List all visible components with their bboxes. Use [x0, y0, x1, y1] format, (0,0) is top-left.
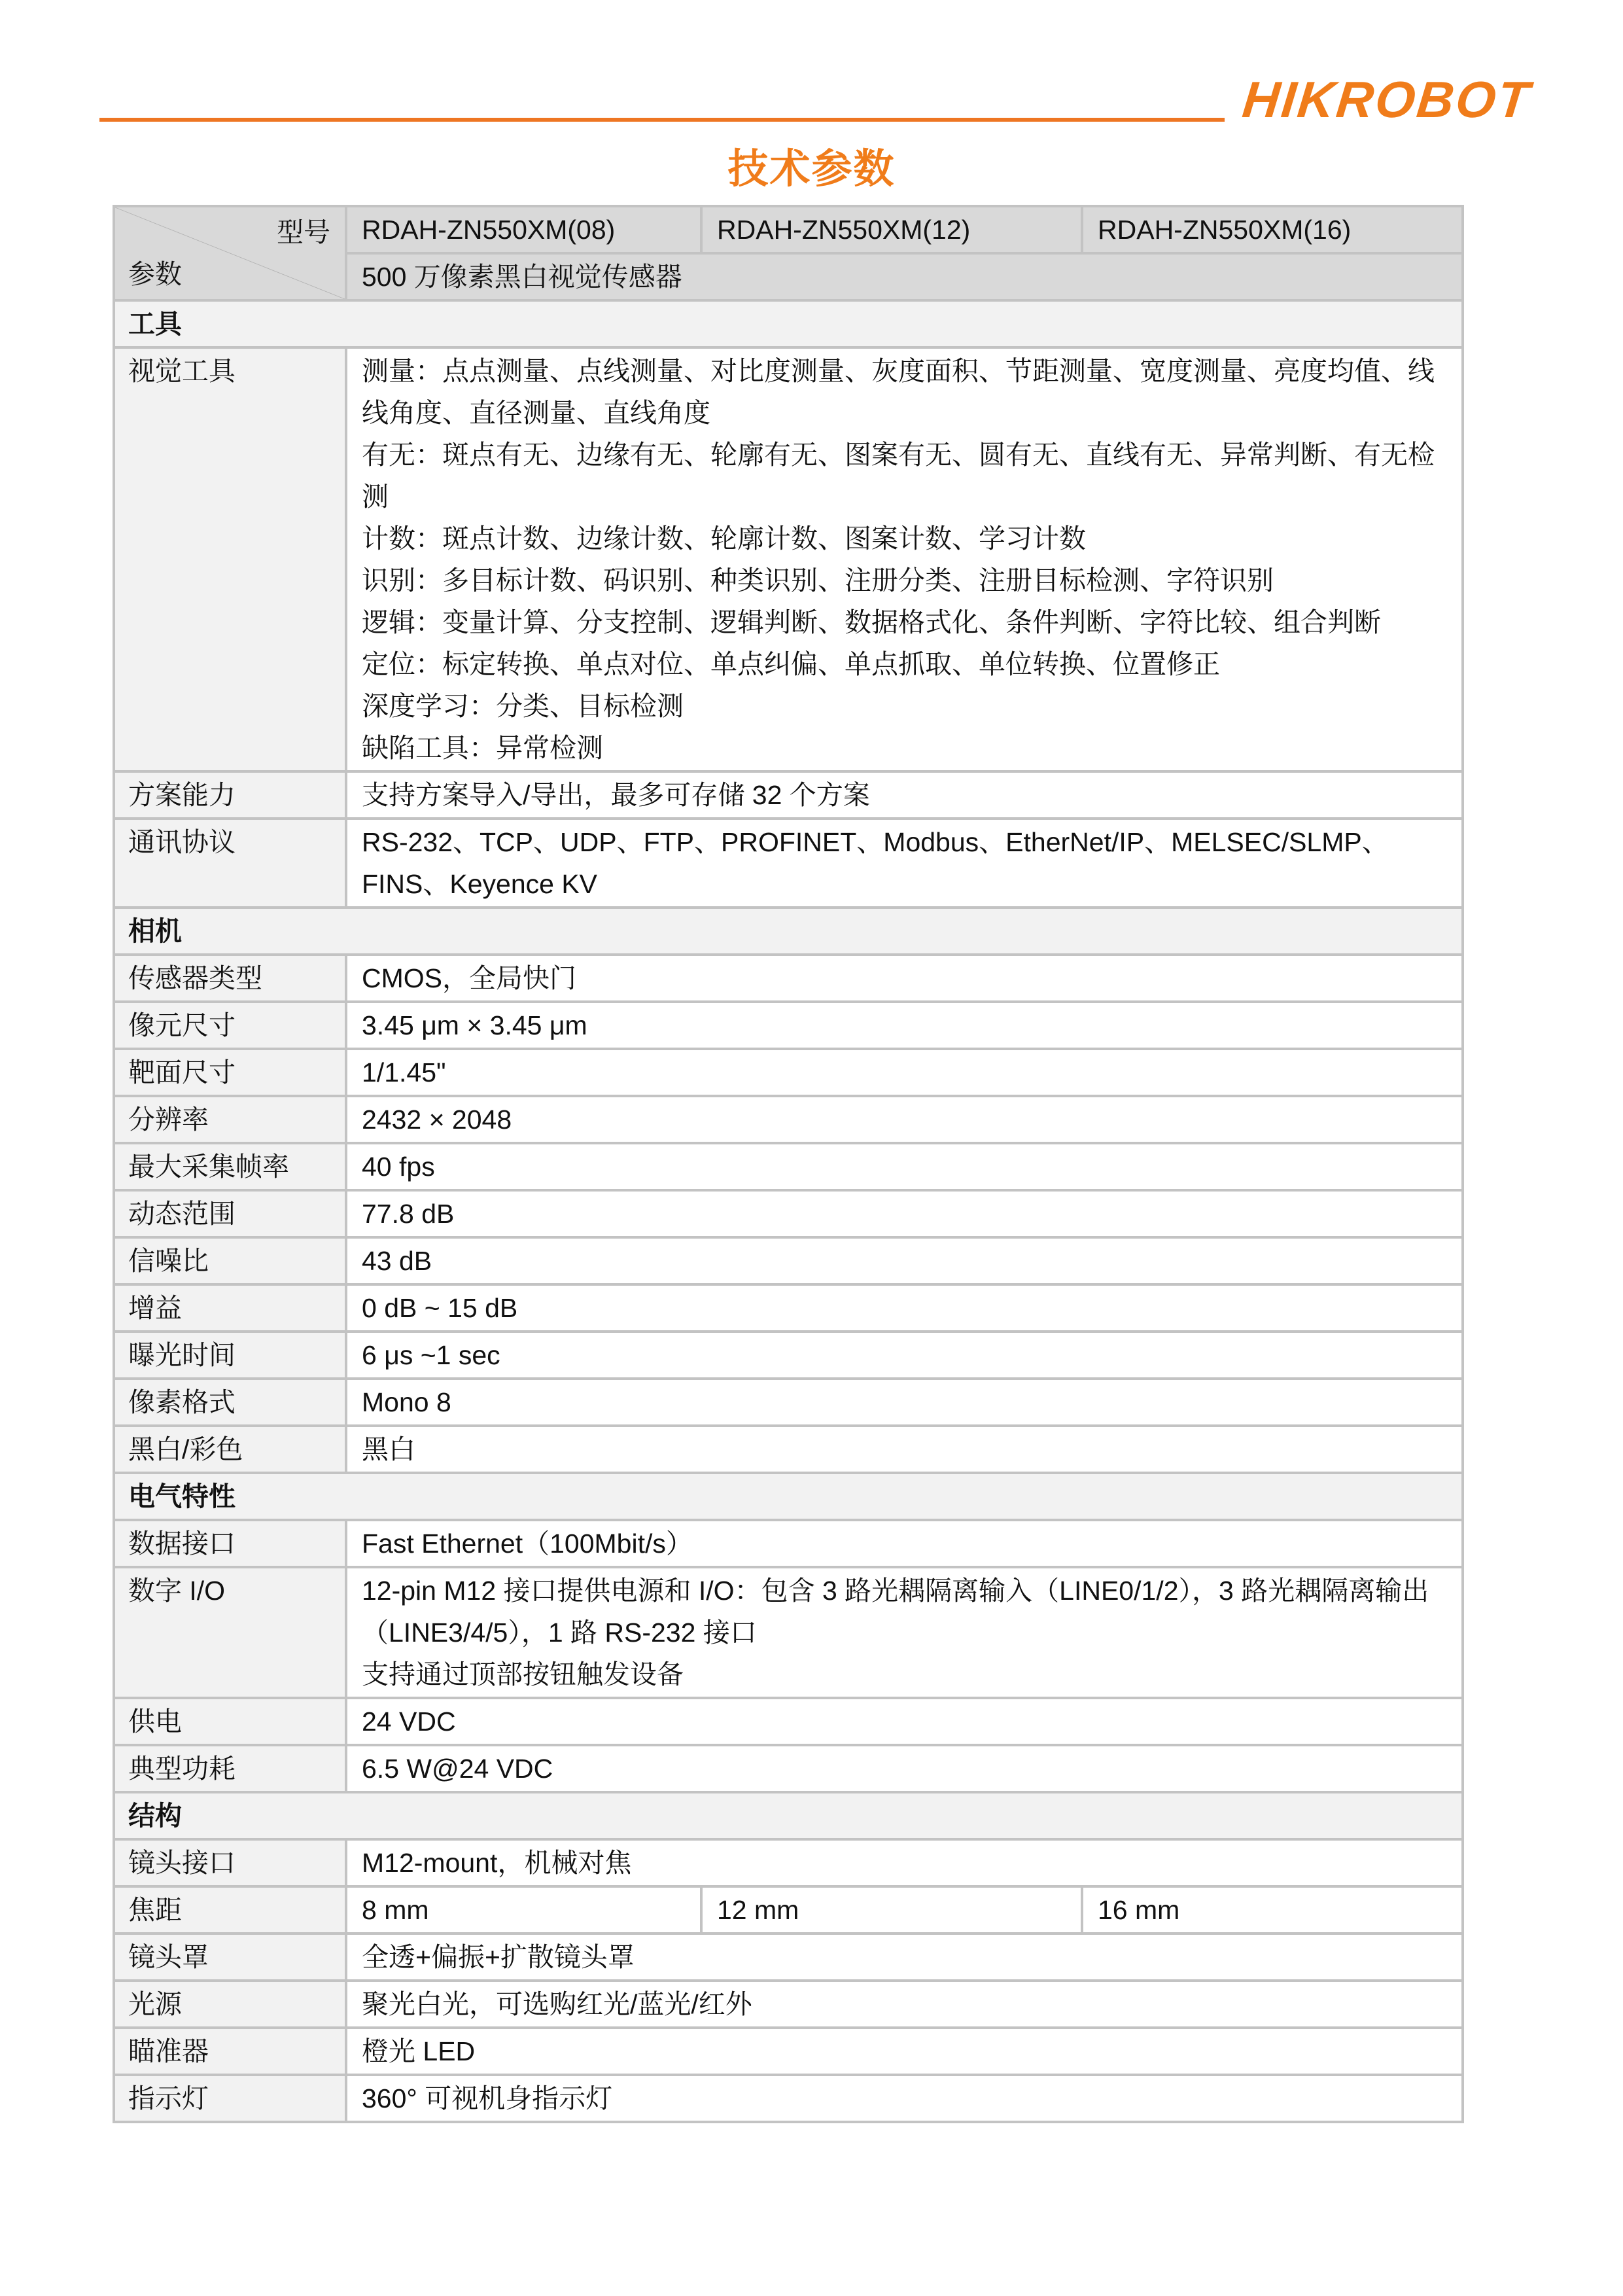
corner-param-label: 参数 — [128, 253, 182, 295]
spec-label: 信噪比 — [114, 1237, 346, 1284]
vision-tool-line: 有无：斑点有无、边缘有无、轮廓有无、图案有无、圆有无、直线有无、异常判断、有无检… — [362, 434, 1448, 518]
spec-row-vision-tools: 视觉工具 测量：点点测量、点线测量、对比度测量、灰度面积、节距测量、宽度测量、亮… — [114, 347, 1463, 771]
section-title: 结构 — [114, 1792, 1463, 1839]
vision-tool-line: 深度学习：分类、目标检测 — [362, 685, 1448, 727]
spec-label: 指示灯 — [114, 2075, 346, 2122]
spec-row: 动态范围77.8 dB — [114, 1190, 1463, 1237]
spec-value: 聚光白光，可选购红光/蓝光/红外 — [346, 1981, 1463, 2028]
spec-row-aimer: 瞄准器 橙光 LED — [114, 2028, 1463, 2075]
focal-length-value: 8 mm — [346, 1886, 701, 1934]
spec-value: 全透+偏振+扩散镜头罩 — [346, 1934, 1463, 1981]
section-camera: 相机 — [114, 908, 1463, 955]
spec-row-focal-length: 焦距 8 mm 12 mm 16 mm — [114, 1886, 1463, 1934]
vision-tool-line: 计数：斑点计数、边缘计数、轮廓计数、图案计数、学习计数 — [362, 518, 1448, 559]
spec-label: 像素格式 — [114, 1379, 346, 1426]
spec-label: 数据接口 — [114, 1520, 346, 1567]
model-header-row: 型号 参数 RDAH-ZN550XM(08) RDAH-ZN550XM(12) … — [114, 206, 1463, 253]
spec-label: 像元尺寸 — [114, 1002, 346, 1049]
spec-value: CMOS，全局快门 — [346, 955, 1463, 1002]
spec-label: 镜头接口 — [114, 1839, 346, 1886]
spec-row: 靶面尺寸1/1.45" — [114, 1049, 1463, 1096]
spec-label: 分辨率 — [114, 1096, 346, 1143]
digital-io-line: 12-pin M12 接口提供电源和 I/O：包含 3 路光耦隔离输入（LINE… — [362, 1570, 1448, 1653]
vision-tool-line: 识别：多目标计数、码识别、种类识别、注册分类、注册目标检测、字符识别 — [362, 559, 1448, 601]
spec-value: Fast Ethernet（100Mbit/s） — [346, 1520, 1463, 1567]
spec-label: 瞄准器 — [114, 2028, 346, 2075]
spec-row-solution: 方案能力 支持方案导入/导出，最多可存储 32 个方案 — [114, 771, 1463, 819]
spec-label: 方案能力 — [114, 771, 346, 819]
spec-value: 1/1.45" — [346, 1049, 1463, 1096]
spec-row-consumption: 典型功耗 6.5 W@24 VDC — [114, 1745, 1463, 1792]
spec-row-indicator: 指示灯 360° 可视机身指示灯 — [114, 2075, 1463, 2122]
spec-label: 供电 — [114, 1698, 346, 1745]
spec-label: 视觉工具 — [114, 347, 346, 771]
model-name: RDAH-ZN550XM(08) — [346, 206, 701, 253]
section-structure: 结构 — [114, 1792, 1463, 1839]
section-tools: 工具 — [114, 300, 1463, 347]
spec-row-power: 供电 24 VDC — [114, 1698, 1463, 1745]
spec-value: 43 dB — [346, 1237, 1463, 1284]
model-name: RDAH-ZN550XM(12) — [701, 206, 1082, 253]
spec-row: 黑白/彩色黑白 — [114, 1426, 1463, 1473]
spec-label: 曝光时间 — [114, 1332, 346, 1379]
vision-tool-line: 缺陷工具：异常检测 — [362, 727, 1448, 769]
vision-tool-line: 逻辑：变量计算、分支控制、逻辑判断、数据格式化、条件判断、字符比较、组合判断 — [362, 601, 1448, 643]
vision-tool-line: 测量：点点测量、点线测量、对比度测量、灰度面积、节距测量、宽度测量、亮度均值、线… — [362, 350, 1448, 434]
spec-value: 3.45 μm × 3.45 μm — [346, 1002, 1463, 1049]
spec-value: 橙光 LED — [346, 2028, 1463, 2075]
spec-label: 黑白/彩色 — [114, 1426, 346, 1473]
spec-value: 77.8 dB — [346, 1190, 1463, 1237]
spec-value: 黑白 — [346, 1426, 1463, 1473]
spec-label: 最大采集帧率 — [114, 1143, 346, 1190]
spec-row: 像素格式Mono 8 — [114, 1379, 1463, 1426]
spec-value: Mono 8 — [346, 1379, 1463, 1426]
spec-row: 传感器类型CMOS，全局快门 — [114, 955, 1463, 1002]
spec-value: 6.5 W@24 VDC — [346, 1745, 1463, 1792]
spec-label: 靶面尺寸 — [114, 1049, 346, 1096]
spec-label: 镜头罩 — [114, 1934, 346, 1981]
vision-tool-line: 定位：标定转换、单点对位、单点纠偏、单点抓取、单位转换、位置修正 — [362, 643, 1448, 685]
spec-row: 信噪比43 dB — [114, 1237, 1463, 1284]
section-electrical: 电气特性 — [114, 1473, 1463, 1520]
spec-row-protocols: 通讯协议 RS-232、TCP、UDP、FTP、PROFINET、Modbus、… — [114, 819, 1463, 908]
product-description: 500 万像素黑白视觉传感器 — [346, 253, 1463, 300]
spec-row: 最大采集帧率40 fps — [114, 1143, 1463, 1190]
spec-value: 6 μs ~1 sec — [346, 1332, 1463, 1379]
spec-value: RS-232、TCP、UDP、FTP、PROFINET、Modbus、Ether… — [346, 819, 1463, 908]
section-title: 相机 — [114, 908, 1463, 955]
focal-length-value: 12 mm — [701, 1886, 1082, 1934]
spec-value: 2432 × 2048 — [346, 1096, 1463, 1143]
spec-value: 支持方案导入/导出，最多可存储 32 个方案 — [346, 771, 1463, 819]
spec-value: M12-mount，机械对焦 — [346, 1839, 1463, 1886]
spec-label: 光源 — [114, 1981, 346, 2028]
corner-diagonal-cell: 型号 参数 — [114, 206, 346, 300]
spec-label: 传感器类型 — [114, 955, 346, 1002]
model-name: RDAH-ZN550XM(16) — [1082, 206, 1463, 253]
spec-label: 动态范围 — [114, 1190, 346, 1237]
spec-row-light-source: 光源 聚光白光，可选购红光/蓝光/红外 — [114, 1981, 1463, 2028]
spec-value: 测量：点点测量、点线测量、对比度测量、灰度面积、节距测量、宽度测量、亮度均值、线… — [346, 347, 1463, 771]
spec-value: 12-pin M12 接口提供电源和 I/O：包含 3 路光耦隔离输入（LINE… — [346, 1567, 1463, 1698]
spec-label: 典型功耗 — [114, 1745, 346, 1792]
spec-row-digital-io: 数字 I/O 12-pin M12 接口提供电源和 I/O：包含 3 路光耦隔离… — [114, 1567, 1463, 1698]
page-title: 技术参数 — [0, 136, 1623, 194]
focal-length-value: 16 mm — [1082, 1886, 1463, 1934]
hikrobot-logo: HIKROBOT — [1240, 73, 1533, 126]
spec-value: 360° 可视机身指示灯 — [346, 2075, 1463, 2122]
spec-label: 数字 I/O — [114, 1567, 346, 1698]
spec-label: 通讯协议 — [114, 819, 346, 908]
spec-value: 24 VDC — [346, 1698, 1463, 1745]
spec-row-data-interface: 数据接口 Fast Ethernet（100Mbit/s） — [114, 1520, 1463, 1567]
spec-value: 0 dB ~ 15 dB — [346, 1284, 1463, 1332]
spec-label: 焦距 — [114, 1886, 346, 1934]
spec-row-lens-cover: 镜头罩 全透+偏振+扩散镜头罩 — [114, 1934, 1463, 1981]
section-title: 电气特性 — [114, 1473, 1463, 1520]
spec-row: 增益0 dB ~ 15 dB — [114, 1284, 1463, 1332]
spec-row: 分辨率2432 × 2048 — [114, 1096, 1463, 1143]
header-accent-line — [99, 118, 1225, 122]
spec-table: 型号 参数 RDAH-ZN550XM(08) RDAH-ZN550XM(12) … — [113, 205, 1464, 2123]
spec-row: 像元尺寸3.45 μm × 3.45 μm — [114, 1002, 1463, 1049]
section-title: 工具 — [114, 300, 1463, 347]
spec-row: 曝光时间6 μs ~1 sec — [114, 1332, 1463, 1379]
corner-model-label: 型号 — [277, 211, 330, 253]
spec-value: 40 fps — [346, 1143, 1463, 1190]
spec-label: 增益 — [114, 1284, 346, 1332]
spec-row-lens-mount: 镜头接口 M12-mount，机械对焦 — [114, 1839, 1463, 1886]
digital-io-line: 支持通过顶部按钮触发设备 — [362, 1653, 1448, 1695]
